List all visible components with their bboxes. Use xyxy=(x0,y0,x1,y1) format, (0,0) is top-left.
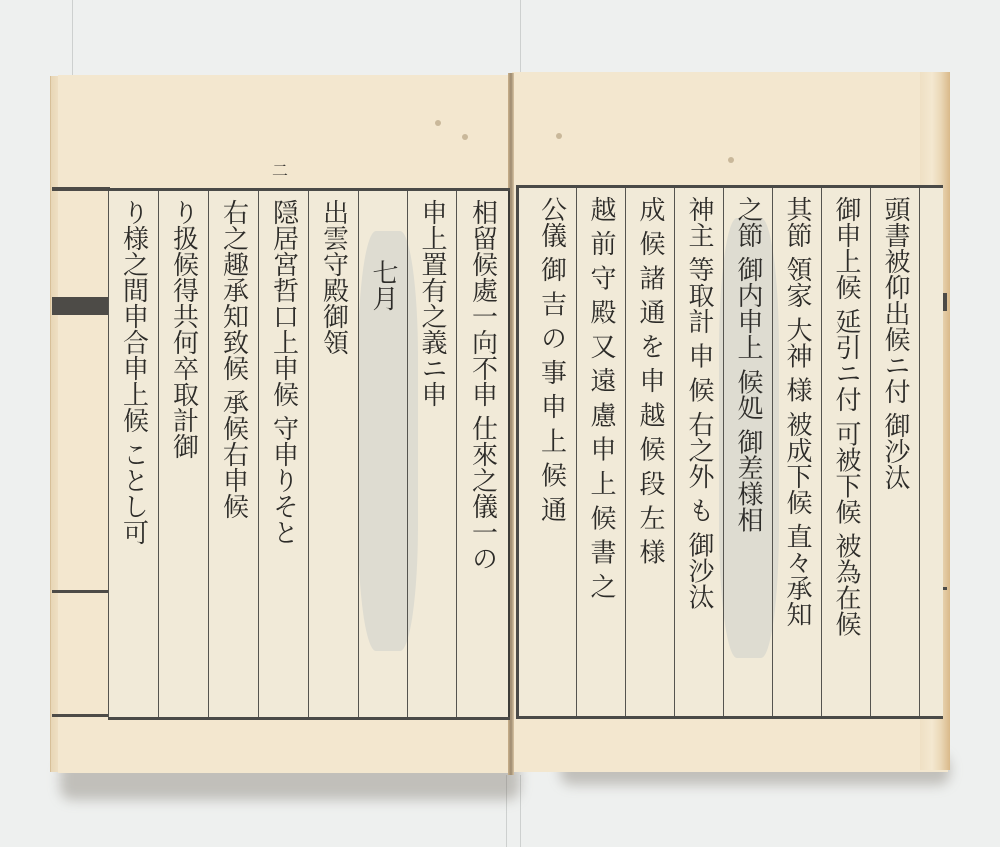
calligraphy-text: 七月 xyxy=(363,199,403,311)
backdrop-sheet-edge xyxy=(520,0,521,75)
page-number-mark: 二 xyxy=(272,158,288,181)
backdrop-sheet-edge xyxy=(520,775,521,847)
text-column: 出雲守殿御領 xyxy=(308,191,358,717)
text-column: 右之趣承知致候 承候右申候 xyxy=(208,191,258,717)
text-column: 其節 領家 大神 様 被成下候 直々承知 xyxy=(772,188,821,716)
paper-spot xyxy=(556,133,562,139)
right-page-text-frame: 公儀 御 吉 の 事 申 上 候 通 越 前 守 殿 又 遠 慮 申 上 候 書… xyxy=(516,185,943,719)
calligraphy-text: 右之趣承知致候 承候右申候 xyxy=(214,199,254,519)
calligraphy-text: 頭書被仰出候ニ付 御沙汰 xyxy=(875,196,915,490)
calligraphy-text: 其節 領家 大神 様 被成下候 直々承知 xyxy=(777,196,817,627)
text-column: 越 前 守 殿 又 遠 慮 申 上 候 書 之 xyxy=(576,188,625,716)
calligraphy-text: 成 候 諸 通 を 申 越 候 段 左 様 xyxy=(630,196,670,565)
calligraphy-text: 御申上候 延引ニ付 可被下候 被為在候 xyxy=(826,196,866,637)
calligraphy-text: 越 前 守 殿 又 遠 慮 申 上 候 書 之 xyxy=(581,196,621,599)
binding-thread xyxy=(52,590,110,593)
binding-thread xyxy=(52,297,110,315)
calligraphy-text: り扱候得共何卒取計御 xyxy=(164,199,204,459)
backdrop-sheet-edge xyxy=(72,0,73,75)
calligraphy-text: 出雲守殿御領 xyxy=(314,199,354,355)
calligraphy-text: 相留候處一向不申 仕來之儀一の xyxy=(463,199,503,571)
text-column: 之節 御内申上 候処 御差様相 xyxy=(723,188,772,716)
text-column: 頭書被仰出候ニ付 御沙汰 xyxy=(870,188,919,716)
binding-thread xyxy=(52,714,110,717)
text-column: 申上置有之義ニ申 xyxy=(407,191,456,717)
text-column: 成 候 諸 通 を 申 越 候 段 左 様 xyxy=(625,188,674,716)
left-page-text-frame: り様之間申合申上候 ことし可 り扱候得共何卒取計御 右之趣承知致候 承候右申候 … xyxy=(108,188,510,720)
binding-thread xyxy=(52,187,110,191)
text-column: 隠居宮哲口上申候 守申りそと xyxy=(258,191,308,717)
calligraphy-text: り様之間申合申上候 ことし可 xyxy=(114,199,154,545)
text-column: 御申上候 延引ニ付 可被下候 被為在候 xyxy=(821,188,870,716)
text-column: 公儀 御 吉 の 事 申 上 候 通 xyxy=(527,188,576,716)
text-column: り様之間申合申上候 ことし可 xyxy=(108,191,158,717)
text-column: 神主 等取計 申 候 右之外 も 御沙汰 xyxy=(674,188,723,716)
calligraphy-text: 神主 等取計 申 候 右之外 も 御沙汰 xyxy=(679,196,719,610)
paper-spot xyxy=(462,134,468,140)
text-column: 七月 xyxy=(358,191,407,717)
margin-column xyxy=(919,188,943,716)
paper-spot xyxy=(728,157,734,163)
text-column: り扱候得共何卒取計御 xyxy=(158,191,208,717)
calligraphy-text: 申上置有之義ニ申 xyxy=(412,199,452,407)
text-column: 相留候處一向不申 仕來之儀一の xyxy=(456,191,510,717)
paper-spot xyxy=(435,120,441,126)
calligraphy-text: 隠居宮哲口上申候 守申りそと xyxy=(264,199,304,545)
calligraphy-text: 之節 御内申上 候処 御差様相 xyxy=(728,196,768,533)
calligraphy-text: 公儀 御 吉 の 事 申 上 候 通 xyxy=(532,196,572,522)
